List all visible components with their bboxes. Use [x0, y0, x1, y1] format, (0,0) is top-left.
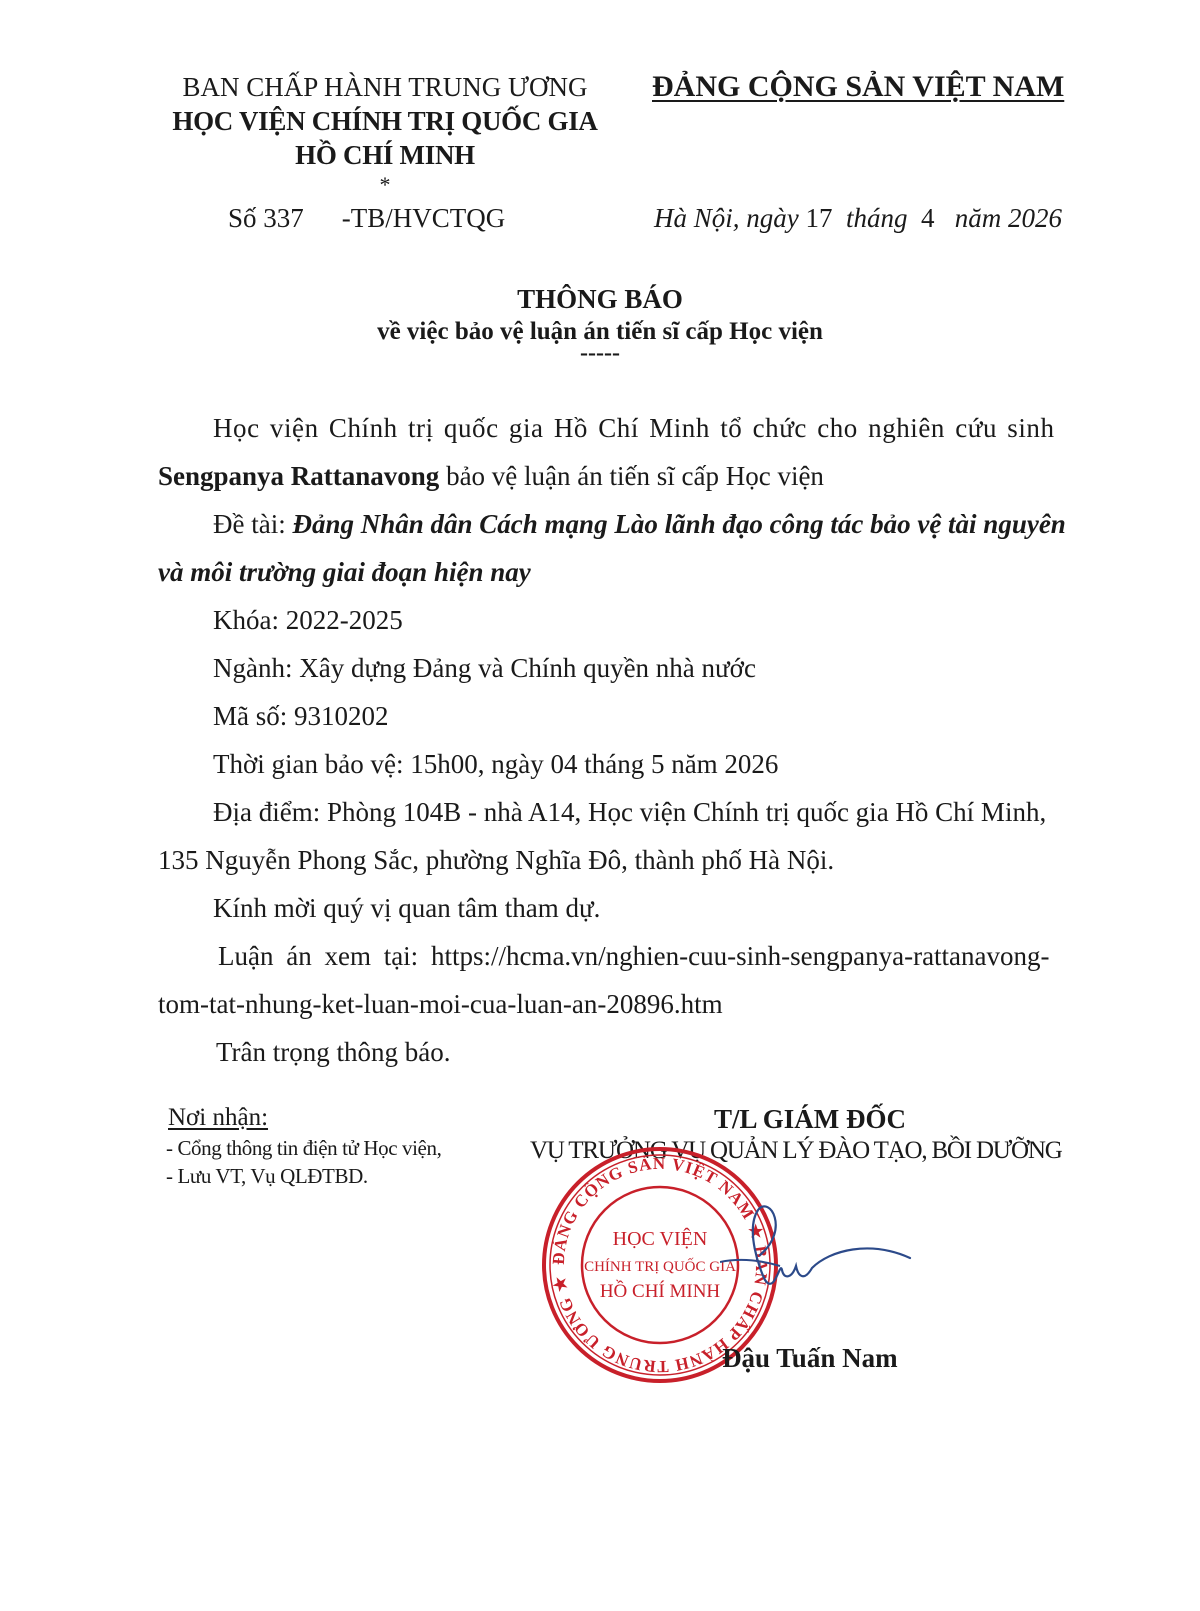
date-month: 4 [921, 203, 935, 233]
document-title: THÔNG BÁO [0, 284, 1200, 315]
issuer-name-2: HỒ CHÍ MINH [150, 138, 620, 172]
intro-line-1: Học viện Chính trị quốc gia Hồ Chí Minh … [213, 411, 1055, 445]
defense-time: Thời gian bảo vệ: 15h00, ngày 04 tháng 5… [213, 747, 778, 781]
major: Ngành: Xây dựng Đảng và Chính quyền nhà … [213, 651, 756, 685]
recipient-item: - Lưu VT, Vụ QLĐTBD. [166, 1164, 368, 1189]
title-separator: ----- [0, 340, 1200, 367]
document-number: Số 337-TB/HVCTQG [228, 203, 505, 234]
topic-label: Đề tài: [213, 509, 292, 539]
closing: Trân trọng thông báo. [216, 1035, 451, 1069]
date-year: năm 2026 [955, 203, 1062, 233]
link-line-1: Luận án xem tại: https://hcma.vn/nghien-… [218, 939, 1050, 973]
document-number-suffix: -TB/HVCTQG [342, 203, 506, 233]
svg-text:HỌC VIỆN: HỌC VIỆN [613, 1227, 708, 1250]
document-number-prefix: Số 337 [228, 203, 304, 233]
location-line-2: 135 Nguyễn Phong Sắc, phường Nghĩa Đô, t… [158, 843, 834, 877]
thesis-link-cont[interactable]: tom-tat-nhung-ket-luan-moi-cua-luan-an-2… [158, 987, 723, 1021]
date-place: Hà Nội, ngày [654, 203, 799, 233]
thesis-link[interactable]: https://hcma.vn/nghien-cuu-sinh-sengpany… [431, 941, 1050, 971]
svg-text:CHÍNH TRỊ QUỐC GIA: CHÍNH TRỊ QUỐC GIA [584, 1257, 736, 1275]
signature-title: T/L GIÁM ĐỐC [520, 1104, 1100, 1135]
course: Khóa: 2022-2025 [213, 603, 403, 637]
location-line-1: Địa điểm: Phòng 104B - nhà A14, Học viện… [213, 795, 1046, 829]
issuer-name: HỌC VIỆN CHÍNH TRỊ QUỐC GIA [150, 104, 620, 138]
date-day: 17 [806, 203, 833, 233]
topic-line-2: và môi trường giai đoạn hiện nay [158, 555, 531, 589]
signer-name: Đậu Tuấn Nam [722, 1343, 898, 1374]
major-code: Mã số: 9310202 [213, 699, 389, 733]
handwritten-signature-icon [720, 1200, 930, 1310]
topic-title: Đảng Nhân dân Cách mạng Lào lãnh đạo côn… [292, 509, 1065, 539]
issuer-parent: BAN CHẤP HÀNH TRUNG ƯƠNG [150, 70, 620, 104]
recipients-label: Nơi nhận: [168, 1104, 268, 1132]
intro-line-2-rest: bảo vệ luận án tiến sĩ cấp Học viện [439, 461, 824, 491]
topic-line-1: Đề tài: Đảng Nhân dân Cách mạng Lào lãnh… [213, 507, 1066, 541]
issue-date: Hà Nội, ngày 17 tháng 4 năm 2026 [654, 203, 1062, 234]
recipient-item: - Cổng thông tin điện tử Học viện, [166, 1136, 441, 1161]
star-separator: * [150, 172, 620, 198]
intro-line-2: Sengpanya Rattanavong bảo vệ luận án tiế… [158, 459, 824, 493]
svg-text:HỒ CHÍ MINH: HỒ CHÍ MINH [600, 1280, 721, 1302]
invitation: Kính mời quý vị quan tâm tham dự. [213, 891, 600, 925]
link-label: Luận án xem tại: [218, 941, 431, 971]
party-title: ĐẢNG CỘNG SẢN VIỆT NAM [652, 70, 1064, 104]
candidate-name: Sengpanya Rattanavong [158, 461, 439, 491]
date-month-label: tháng [846, 203, 908, 233]
issuer-block: BAN CHẤP HÀNH TRUNG ƯƠNG HỌC VIỆN CHÍNH … [150, 70, 620, 172]
